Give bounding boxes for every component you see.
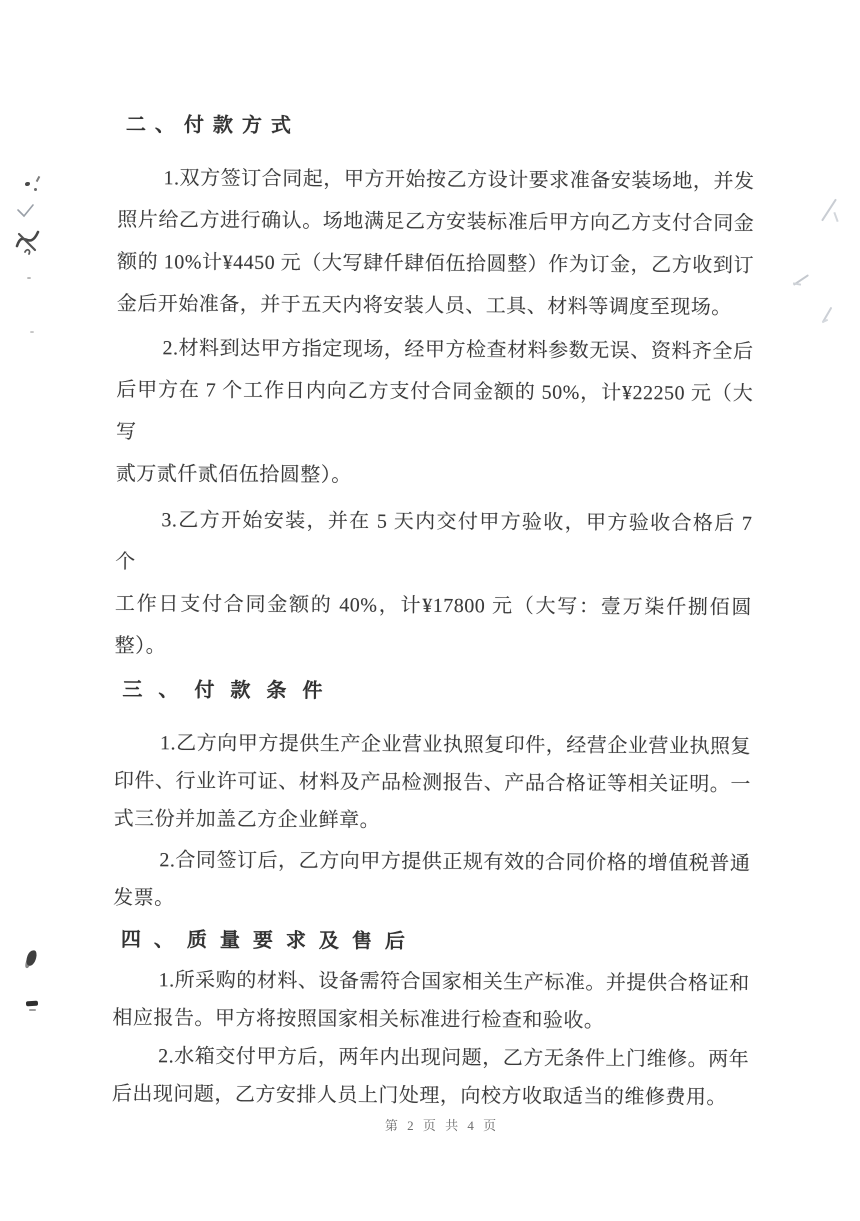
text-line: 3.乙方开始安装，并在 5 天内交付甲方验收，甲方验收合格后 7 个 <box>115 499 753 587</box>
section-heading-payment-conditions: 三、付款条件 <box>114 669 751 715</box>
page-number-footer: 第 2 页 共 4 页 <box>0 1116 860 1136</box>
scan-artifact-smudge <box>793 274 809 286</box>
section-payment-method: 二、付款方式 1.双方签订合同起，甲方开始按乙方设计要求准备安装场地，并发 照片… <box>115 104 755 671</box>
scan-artifact-smudge <box>821 199 837 222</box>
paragraph: 2.材料到达甲方指定现场，经甲方检查材料参数无误、资料齐全后 后甲方在 7 个工… <box>116 327 754 499</box>
scan-artifact-speck <box>27 277 31 279</box>
text-line: 额的 10%计¥4450 元（大写肆仟肆佰伍拾圆整）作为订金，乙方收到订 <box>117 241 754 287</box>
text-line: 整）。 <box>115 625 752 671</box>
document-body: 二、付款方式 1.双方签订合同起，甲方开始按乙方设计要求准备安装场地，并发 照片… <box>112 104 755 1117</box>
scan-artifact-smudge <box>29 1009 36 1011</box>
scan-artifact-smudge <box>822 319 828 323</box>
scan-artifact-speck <box>36 176 41 182</box>
scanned-contract-page: 二、付款方式 1.双方签订合同起，甲方开始按乙方设计要求准备安装场地，并发 照片… <box>0 0 860 1221</box>
text-line: 金后开始准备，并于五天内将安装人员、工具、材料等调度至现场。 <box>117 283 754 329</box>
paragraph: 2.合同签订后，乙方向甲方提供正规有效的合同价格的增值税普通 发票。 <box>113 841 750 921</box>
section-heading-quality-aftersales: 四、质量要求及售后 <box>113 919 750 965</box>
text-line: 工作日支付合同金额的 40%，计¥17800 元（大写：壹万柒仟捌佰圆 <box>115 583 752 629</box>
text-line: 式三份并加盖乙方企业鲜章。 <box>114 800 751 842</box>
scan-artifact-speck <box>30 331 34 333</box>
scan-artifact-smudge <box>793 282 801 285</box>
scan-artifact-blot <box>26 1001 38 1007</box>
text-line: 后出现问题，乙方安排人员上门处理，向校方收取适当的维修费用。 <box>112 1075 749 1117</box>
scan-artifact-mark <box>16 202 36 220</box>
section-payment-conditions: 三、付款条件 1.乙方向甲方提供生产企业营业执照复印件，经营企业营业执照复 印件… <box>113 669 752 921</box>
section-heading-payment-method: 二、付款方式 <box>118 104 755 150</box>
paragraph: 1.双方签订合同起，甲方开始按乙方设计要求准备安装场地，并发 照片给乙方进行确认… <box>117 157 755 329</box>
section-quality-aftersales: 四、质量要求及售后 1.所采购的材料、设备需符合国家相关生产标准。并提供合格证和… <box>112 919 750 1117</box>
text-line: 印件、行业许可证、材料及产品检测报告、产品合格证等相关证明。一 <box>114 762 751 804</box>
text-line: 相应报告。甲方将按照国家相关标准进行检查和验收。 <box>112 999 749 1041</box>
text-line: 1.双方签订合同起，甲方开始按乙方设计要求准备安装场地，并发 <box>117 157 754 203</box>
scan-artifact-smudge <box>822 307 833 324</box>
text-line: 发票。 <box>113 879 750 921</box>
text-line: 1.所采购的材料、设备需符合国家相关生产标准。并提供合格证和 <box>113 961 750 1003</box>
scan-artifact-smudge <box>833 212 838 222</box>
paragraph: 3.乙方开始安装，并在 5 天内交付甲方验收，甲方验收合格后 7 个 工作日支付… <box>115 499 753 671</box>
paragraph: 1.乙方向甲方提供生产企业营业执照复印件，经营企业营业执照复 印件、行业许可证、… <box>114 724 752 842</box>
paragraph: 1.所采购的材料、设备需符合国家相关生产标准。并提供合格证和 相应报告。甲方将按… <box>112 961 749 1041</box>
scan-artifact-blot <box>25 949 38 967</box>
scan-artifact-speck <box>25 182 30 186</box>
text-line: 2.水箱交付甲方后，两年内出现问题，乙方无条件上门维修。两年 <box>112 1037 749 1079</box>
text-line: 2.合同签订后，乙方向甲方提供正规有效的合同价格的增值税普通 <box>113 841 750 883</box>
text-line: 2.材料到达甲方指定现场，经甲方检查材料参数无误、资料齐全后 <box>116 327 753 373</box>
text-line: 贰万贰仟贰佰伍拾圆整）。 <box>116 453 753 499</box>
scan-artifact-speck <box>34 188 37 191</box>
scan-artifact-scribble <box>13 224 41 256</box>
text-line: 1.乙方向甲方提供生产企业营业执照复印件，经营企业营业执照复 <box>114 724 751 766</box>
text-line: 后甲方在 7 个工作日内向乙方支付合同金额的 50%，计¥22250 元（大写 <box>116 369 754 457</box>
text-line: 照片给乙方进行确认。场地满足乙方安装标准后甲方向乙方支付合同金 <box>117 199 754 245</box>
paragraph: 2.水箱交付甲方后，两年内出现问题，乙方无条件上门维修。两年 后出现问题，乙方安… <box>112 1037 749 1117</box>
